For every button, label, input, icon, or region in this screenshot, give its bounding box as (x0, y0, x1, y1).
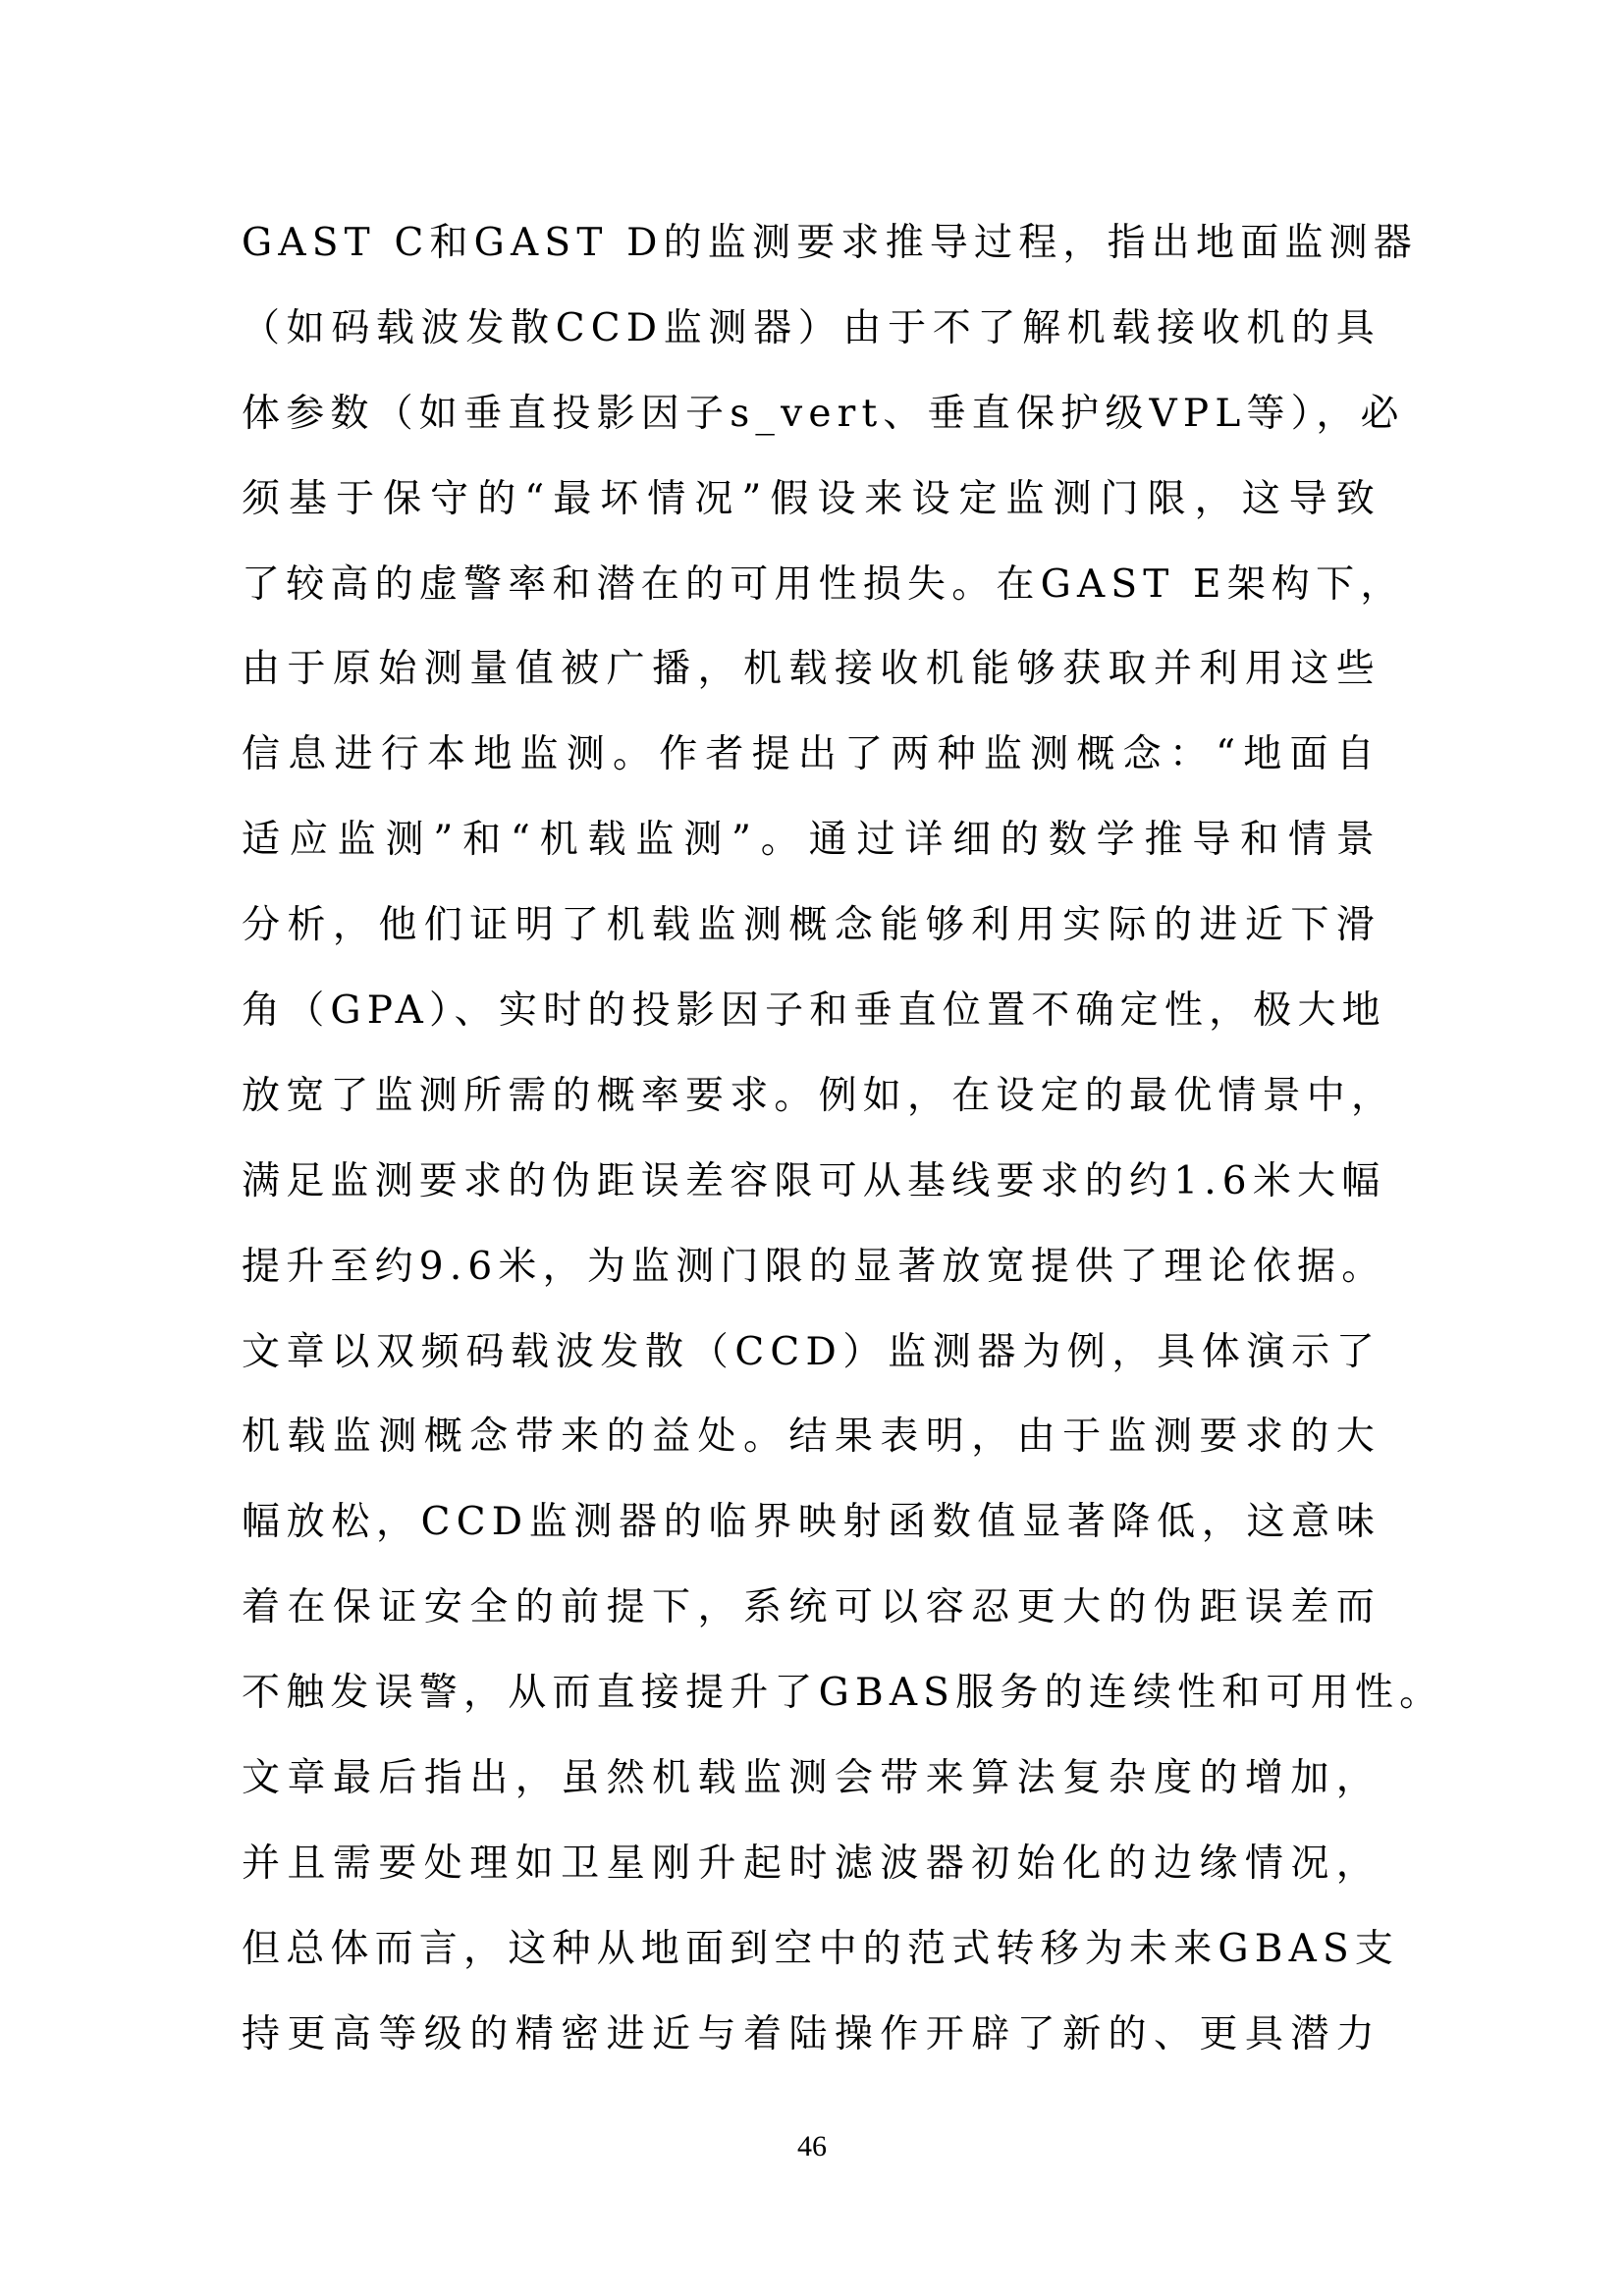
text-line: 体参数（如垂直投影因子s_vert、垂直保护级VPL等），必 (242, 389, 1380, 474)
text-line: 信息进行本地监测。作者提出了两种监测概念：“地面自 (242, 729, 1380, 815)
text-line: 幅放松，CCD监测器的临界映射函数值显著降低，这意味 (242, 1497, 1380, 1582)
text-line: 文章以双频码载波发散（CCD）监测器为例，具体演示了 (242, 1327, 1380, 1413)
text-line: 角（GPA）、实时的投影因子和垂直位置不确定性，极大地 (242, 986, 1380, 1071)
text-line: 文章最后指出，虽然机载监测会带来算法复杂度的增加， (242, 1753, 1380, 1839)
text-line: 分析，他们证明了机载监测概念能够利用实际的进近下滑 (242, 900, 1380, 986)
text-line: 放宽了监测所需的概率要求。例如，在设定的最优情景中， (242, 1071, 1380, 1156)
text-line: 提升至约9.6米，为监测门限的显著放宽提供了理论依据。 (242, 1242, 1380, 1327)
text-line: 机载监测概念带来的益处。结果表明，由于监测要求的大 (242, 1412, 1380, 1497)
text-line: 不触发误警，从而直接提升了GBAS服务的连续性和可用性。 (242, 1668, 1380, 1753)
text-line: 满足监测要求的伪距误差容限可从基线要求的约1.6米大幅 (242, 1156, 1380, 1242)
text-line: GAST C和GAST D的监测要求推导过程，指出地面监测器 (242, 218, 1380, 303)
text-line: 由于原始测量值被广播，机载接收机能够获取并利用这些 (242, 644, 1380, 729)
text-line: 着在保证安全的前提下，系统可以容忍更大的伪距误差而 (242, 1582, 1380, 1668)
text-line: （如码载波发散CCD监测器）由于不了解机载接收机的具 (242, 303, 1380, 389)
text-line: 并且需要处理如卫星刚升起时滤波器初始化的边缘情况， (242, 1839, 1380, 1924)
text-line: 但总体而言，这种从地面到空中的范式转移为未来GBAS支 (242, 1924, 1380, 2009)
text-line: 了较高的虚警率和潜在的可用性损失。在GAST E架构下， (242, 560, 1380, 645)
text-line: 须基于保守的“最坏情况”假设来设定监测门限，这导致 (242, 474, 1380, 560)
document-page: GAST C和GAST D的监测要求推导过程，指出地面监测器 （如码载波发散CC… (0, 0, 1624, 2296)
text-line: 适应监测”和“机载监测”。通过详细的数学推导和情景 (242, 815, 1380, 900)
page-number: 46 (0, 2130, 1624, 2163)
text-line: 持更高等级的精密进近与着陆操作开辟了新的、更具潜力 (242, 2009, 1380, 2095)
body-paragraph: GAST C和GAST D的监测要求推导过程，指出地面监测器 （如码载波发散CC… (242, 218, 1380, 2095)
